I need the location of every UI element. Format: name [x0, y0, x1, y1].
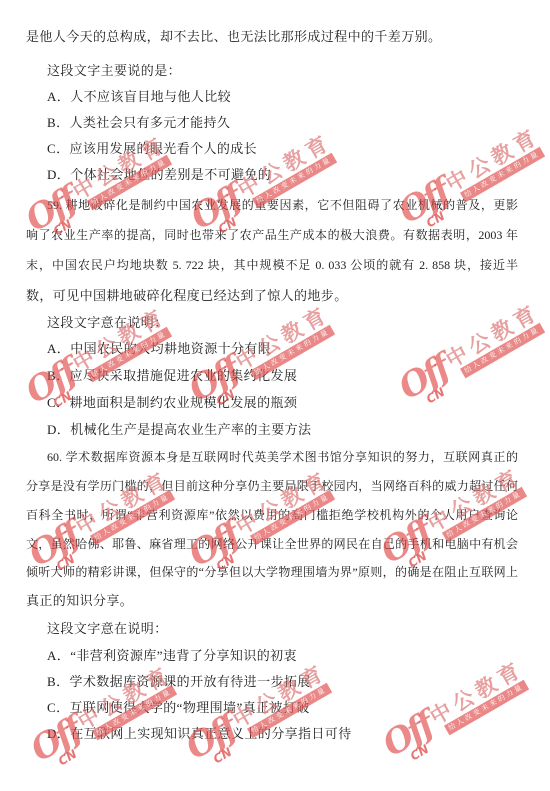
offcn-watermark: OffCN 中公教育给人改变未来的力量 — [389, 281, 550, 415]
watermark-slogan-ribbon: 给人改变未来的力量 — [460, 147, 545, 202]
watermark-brand-text: 中公教育 — [424, 653, 529, 731]
question-59-line-4: 数，可见中国耕地破碎化程度已经达到了惊人的地步。 — [26, 287, 348, 304]
offcn-logo-icon: OffCN — [380, 711, 448, 777]
watermark-brand-text: 中公教育 — [70, 463, 175, 541]
question-59-line-2: 响了农业生产率的提高，同时也带来了农产品生产成本的极大浪费。有数据表明，2003… — [26, 227, 518, 245]
question-60-line-2: 分享是没有学历门槛的，但目前这种分享仍主要局限于校园内，当网络百科的威力超过任何 — [26, 478, 518, 496]
watermark-brand-text: 中公教育 — [72, 658, 177, 736]
question-1-option-a: A．人不应该盲目地与他人比较 — [47, 88, 231, 105]
offcn-watermark: OffCN 中公教育给人改变未来的力量 — [373, 638, 550, 772]
watermark-brand-text: 中公教育 — [440, 120, 545, 198]
question-1-option-c: C．应该用发展的眼光看个人的成长 — [47, 140, 257, 157]
question-60-option-a: A．“非营利资源库”违背了分享知识的初衷 — [47, 647, 297, 664]
question-1-prompt: 这段文字主要说的是： — [47, 62, 181, 79]
watermark-brand-text: 中公教育 — [440, 296, 545, 374]
question-59-option-d: D．机械化生产是提高农业生产率的主要方法 — [47, 421, 311, 438]
offcn-logo-icon: OffCN — [396, 354, 464, 420]
question-59-line-1: 59. 耕地破碎化是制约中国农业发展的重要因素，它不但阻碍了农业机械的普及，更影 — [47, 197, 518, 215]
question-59-line-3: 末，中国农民户均地块数 5. 722 块，其中规模不足 0. 033 公顷的就有… — [26, 257, 518, 275]
watermark-slogan-ribbon: 给人改变未来的力量 — [460, 323, 545, 378]
question-1-option-d: D．个体社会地位的差别是不可避免的 — [47, 166, 271, 183]
watermark-brand-text: 中公教育 — [227, 656, 332, 734]
question-60-option-c: C．互联网使得大学的“物理围墙”真正被打破 — [47, 699, 310, 716]
question-60-prompt: 这段文字意在说明： — [47, 620, 168, 637]
watermark-brand-text: 中公教育 — [230, 463, 335, 541]
question-60-option-d: D．在互联网上实现知识真正意义上的分享指日可待 — [47, 725, 352, 742]
watermark-brand-text: 中公教育 — [67, 300, 172, 378]
watermark-brand-text: 中公教育 — [232, 126, 337, 204]
question-60-line-1: 60. 学术数据库资源本身是互联网时代英美学术图书馆分享知识的努力，互联网真正的 — [47, 449, 518, 467]
question-59-option-a: A．中国农民的人均耕地资源十分有限 — [47, 340, 271, 357]
document-page: 是他人今天的总构成，却不去比、也无法比那形成过程中的千差万别。 这段文字主要说的… — [0, 0, 550, 791]
question-60-line-6: 真正的知识分享。 — [26, 592, 133, 609]
question-59-prompt: 这段文字意在说明： — [47, 314, 168, 331]
question-1-option-b: B．人类社会只有多元才能持久 — [47, 114, 230, 131]
intro-paragraph-last-line: 是他人今天的总构成，却不去比、也无法比那形成过程中的千差万别。 — [26, 28, 441, 45]
question-60-option-b: B．学术数据库资源课的开放有待进一步拓展 — [47, 673, 311, 690]
offcn-watermark: OffCN 中公教育给人改变未来的力量 — [389, 105, 550, 239]
question-59-option-b: B．应尽快采取措施促进农业的集约化发展 — [47, 367, 297, 384]
watermark-brand-text: 中公教育 — [422, 460, 527, 538]
question-60-line-4: 文，虽然哈佛、耶鲁、麻省理工的网络公开课让全世界的网民在自己的手机和电脑中有机会 — [26, 536, 518, 554]
watermark-brand-text: 中公教育 — [230, 298, 335, 376]
watermark-slogan-ribbon: 给人改变未来的力量 — [444, 680, 529, 735]
question-60-line-3: 百科全书时，所谓“非营利资源库”依然以费用的高门槛拒绝学校机构外的个人用户查询论 — [26, 507, 518, 525]
question-59-option-c: C．耕地面积是制约农业规模化发展的瓶颈 — [47, 394, 297, 411]
question-60-line-5: 倾听大师的精彩讲课，但保守的“分享但以大学物理围墙为界”原则，的确是在阻止互联网… — [26, 564, 518, 582]
